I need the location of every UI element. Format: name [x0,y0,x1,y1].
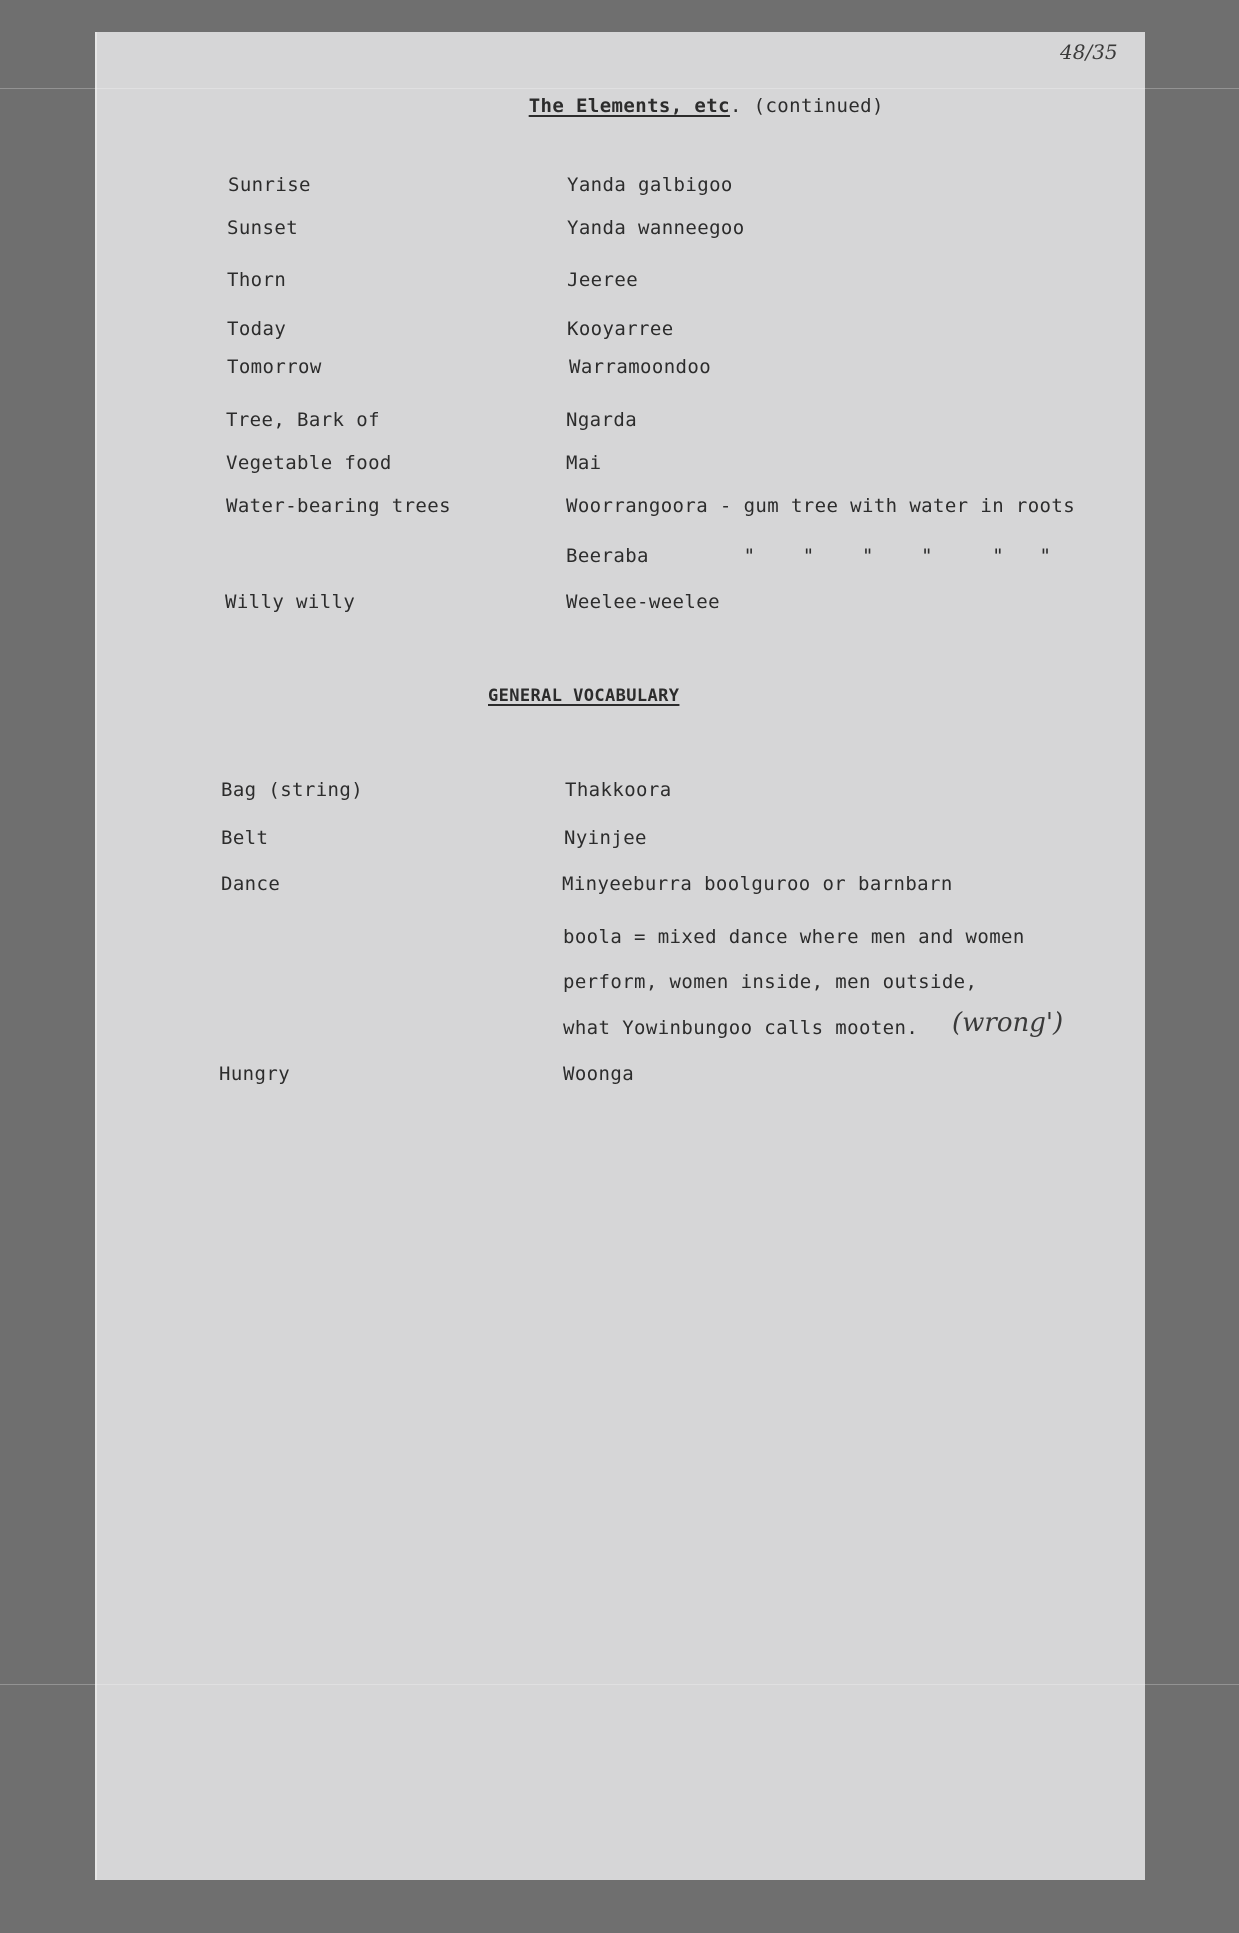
translation: Woorrangoora - gum tree with water in ro… [566,497,1075,516]
translation: Beeraba " " " " " " [566,547,1051,566]
translation: Yanda wanneegoo [567,219,745,238]
term: Belt [221,829,268,848]
translation: what Yowinbungoo calls mooten. [563,1019,918,1038]
term: Tomorrow [227,358,322,377]
term: Dance [221,875,280,894]
term: Vegetable food [226,454,392,473]
term: Water-bearing trees [226,497,451,516]
term: Sunrise [228,176,311,195]
translation: Kooyarree [567,320,674,339]
term: Willy willy [225,593,355,612]
translation: Warramoondoo [569,358,711,377]
term: Bag (string) [221,781,363,800]
translation: boola = mixed dance where men and women [563,928,1025,947]
handwritten-note: (wrong') [952,1008,1063,1038]
title-underlined: The Elements, etc [529,95,730,117]
page-title: The Elements, etc. (continued) [505,78,884,116]
translation: Ngarda [566,411,637,430]
document-page [95,32,1145,1880]
term: Thorn [227,271,286,290]
translation: Jeeree [567,271,638,290]
term: Today [227,320,286,339]
translation: Weelee-weelee [566,593,720,612]
term: Hungry [219,1065,290,1084]
translation: Woonga [563,1065,634,1084]
page-number: 48/35 [1060,40,1118,64]
translation: Thakkoora [565,781,672,800]
scan-streak [0,1684,1239,1685]
title-continued: . (continued) [730,95,884,117]
term: Tree, Bark of [226,411,380,430]
translation: Yanda galbigoo [567,176,733,195]
translation: perform, women inside, men outside, [563,973,977,992]
translation: Nyinjee [564,829,647,848]
translation: Minyeeburra boolguroo or barnbarn [562,875,953,894]
translation: Mai [566,454,602,473]
term: Sunset [227,219,298,238]
section-heading: GENERAL VOCABULARY [488,688,679,705]
